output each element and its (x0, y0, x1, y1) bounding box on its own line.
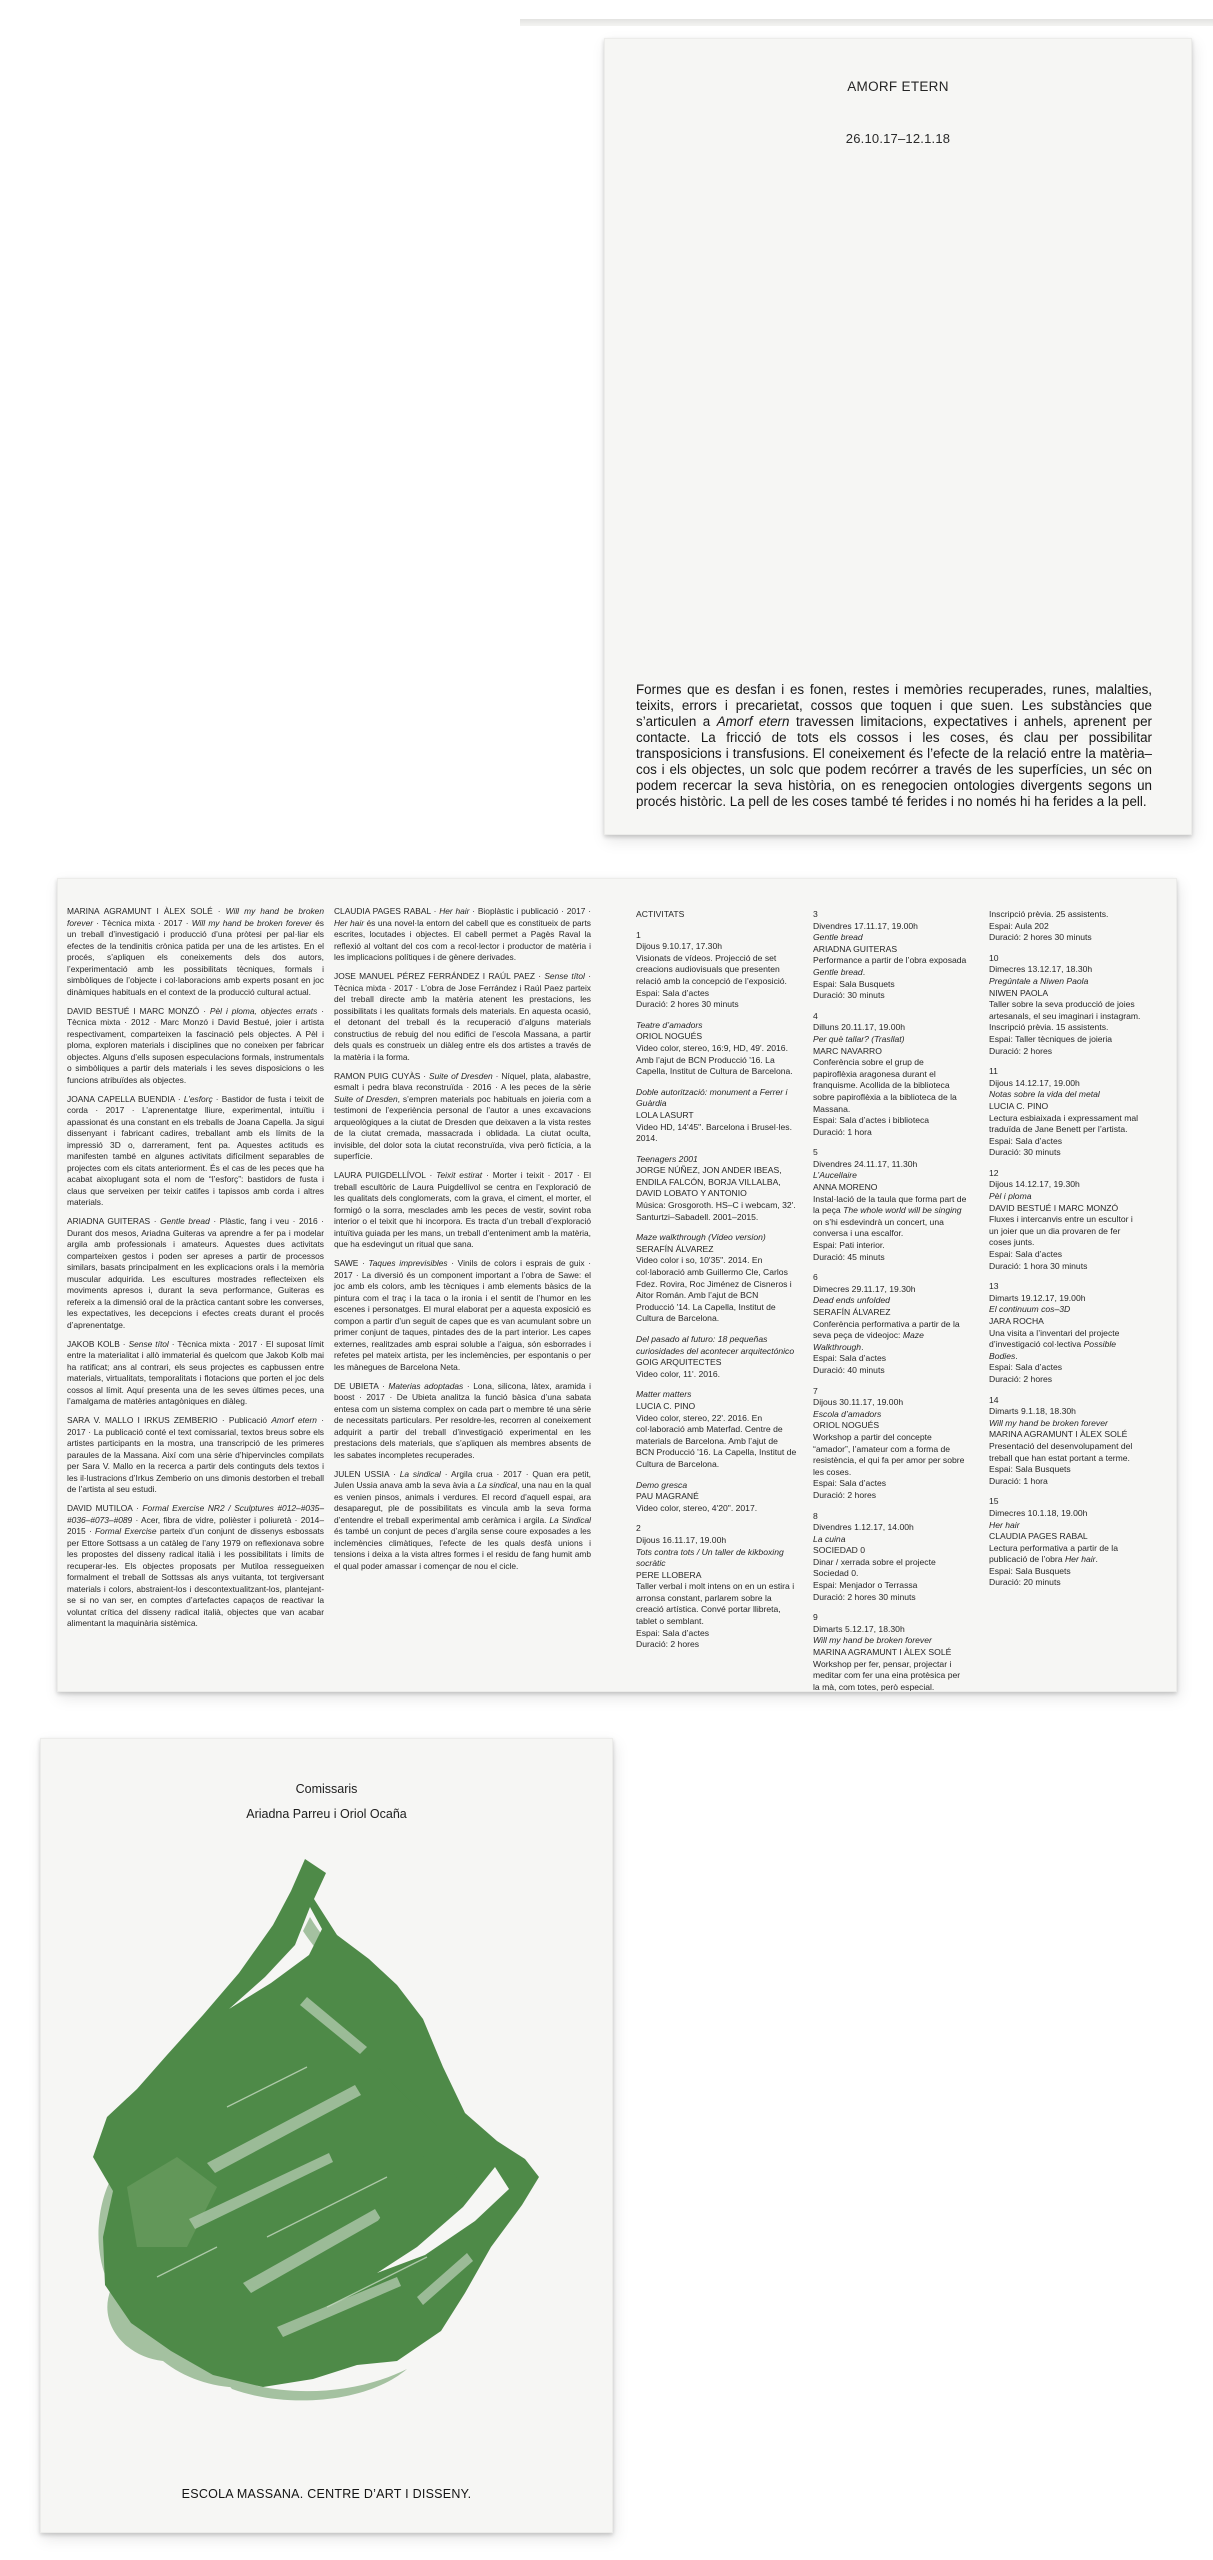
bio-entry: RAMON PUIG CUYÀS · Suite of Dresden · Ní… (334, 1071, 591, 1163)
activity-block: Teenagers 2001JORGE NÚÑEZ, JON ANDER IBE… (636, 1154, 798, 1224)
activity-block: Demo grescaPAU MAGRANÉVideo color, stere… (636, 1480, 798, 1515)
curators-label: Comissaris (41, 1777, 612, 1802)
plastic-bag-illustration (67, 1857, 548, 2414)
bio-entry: SARA V. MALLO I IRKUS ZEMBERIO · Publica… (67, 1415, 324, 1496)
school-footer: ESCOLA MASSANA. CENTRE D’ART I DISSENY. (41, 2487, 612, 2501)
back-cover-page: Comissaris Ariadna Parreu i Oriol Ocaña (40, 1738, 613, 2533)
artist-bios-column-1: MARINA AGRAMUNT I ÀLEX SOLÉ · Will my ha… (67, 906, 324, 1637)
bio-entry: SAWE · Taques imprevisibles · Vinils de … (334, 1258, 591, 1373)
activities-column-2: 3Divendres 17.11.17, 19.00hGentle breadA… (813, 909, 967, 1692)
bio-entry: JAKOB KOLB · Sense títol · Tècnica mixta… (67, 1339, 324, 1408)
activity-block: Inscripció prèvia. 25 assistents.Espai: … (989, 909, 1143, 944)
activity-block: 10Dimecres 13.12.17, 18.30hPregúntale a … (989, 953, 1143, 1057)
bio-entry: JOSE MANUEL PÉREZ FERRÁNDEZ I RAÚL PAEZ … (334, 971, 591, 1063)
adjacent-page-edge (520, 19, 1213, 26)
activity-block: 8Divendres 1.12.17, 14.00hLa cuinaSOCIED… (813, 1511, 967, 1604)
plastic-bag-icon (67, 1857, 548, 2414)
bio-entry: JULEN USSIA · La sindical · Argila crua … (334, 1469, 591, 1573)
activity-block: Teatre d’amadorsORIOL NOGUÉSVideo color,… (636, 1020, 798, 1078)
activity-block: 12Dijous 14.12.17, 19.30hPèl i plomaDAVI… (989, 1168, 1143, 1272)
bio-entry: JOANA CAPELLA BUENDIA · L’esforç · Basti… (67, 1094, 324, 1209)
activity-block: Doble autorització: monument a Ferrer i … (636, 1087, 798, 1145)
scan-background: { "cover": { "title": "AMORF ETERN", "da… (0, 0, 1213, 2560)
bio-entry: DE UBIETA · Materias adoptadas · Lona, s… (334, 1381, 591, 1462)
activity-block: 1Dijous 9.10.17, 17.30hVisionats de víde… (636, 930, 798, 1011)
inner-spread-page: MARINA AGRAMUNT I ÀLEX SOLÉ · Will my ha… (57, 878, 1177, 1692)
curators-block: Comissaris Ariadna Parreu i Oriol Ocaña (41, 1777, 612, 1827)
activity-block: 5Divendres 24.11.17, 11.30hL’AucellaireA… (813, 1147, 967, 1263)
activities-column-3: Inscripció prèvia. 25 assistents.Espai: … (989, 909, 1143, 1598)
intro-paragraph: Formes que es desfan i es fonen, restes … (636, 682, 1152, 810)
activity-block: 7Dijous 30.11.17, 19.00hEscola d’amadors… (813, 1386, 967, 1502)
activity-block: 4Dilluns 20.11.17, 19.00hPer què tallar?… (813, 1011, 967, 1139)
activity-block: Maze walkthrough (Video version)SERAFÍN … (636, 1232, 798, 1325)
activity-block: 3Divendres 17.11.17, 19.00hGentle breadA… (813, 909, 967, 1002)
exhibition-title: AMORF ETERN (605, 79, 1191, 94)
activity-block: 9Dimarts 5.12.17, 18.30hWill my hand be … (813, 1612, 967, 1692)
activity-block: 15Dimecres 10.1.18, 19.00hHer hairCLAUDI… (989, 1496, 1143, 1589)
activity-block: 14Dimarts 9.1.18, 18.30hWill my hand be … (989, 1395, 1143, 1488)
activity-block: ACTIVITATS (636, 909, 798, 921)
activity-block: 11Dijous 14.12.17, 19.00hNotas sobre la … (989, 1066, 1143, 1159)
activity-block: 13Dimarts 19.12.17, 19.00hEl continuum c… (989, 1281, 1143, 1385)
bio-entry: DAVID MUTILOA · Formal Exercise NR2 / Sc… (67, 1503, 324, 1630)
activities-column-1: ACTIVITATS1Dijous 9.10.17, 17.30hVisiona… (636, 909, 798, 1660)
activity-block: Matter mattersLUCIA C. PINOVideo color, … (636, 1389, 798, 1470)
bio-entry: DAVID BESTUÉ I MARC MONZÓ · Pèl i ploma,… (67, 1006, 324, 1087)
activity-block: Del pasado al futuro: 18 pequeñas curios… (636, 1334, 798, 1380)
artist-bios-column-2: CLAUDIA PAGES RABAL · Her hair · Bioplàs… (334, 906, 591, 1580)
cover-page: AMORF ETERN 26.10.17–12.1.18 Formes que … (604, 38, 1192, 835)
curators-names: Ariadna Parreu i Oriol Ocaña (41, 1802, 612, 1827)
bio-entry: CLAUDIA PAGES RABAL · Her hair · Bioplàs… (334, 906, 591, 964)
activity-block: 6Dimecres 29.11.17, 19.30hDead ends unfo… (813, 1272, 967, 1376)
bio-entry: MARINA AGRAMUNT I ÀLEX SOLÉ · Will my ha… (67, 906, 324, 998)
bio-entry: ARIADNA GUITERAS · Gentle bread · Plàsti… (67, 1216, 324, 1331)
exhibition-dates: 26.10.17–12.1.18 (605, 131, 1191, 146)
bio-entry: LAURA PUIGDELLÍVOL · Teixit estirat · Mo… (334, 1170, 591, 1251)
activity-block: 2Dijous 16.11.17, 19.00hTots contra tots… (636, 1523, 798, 1651)
